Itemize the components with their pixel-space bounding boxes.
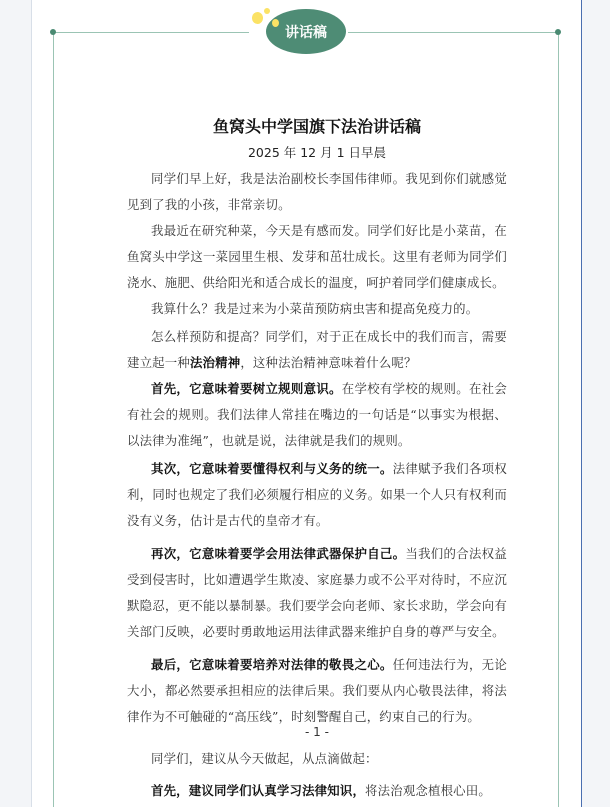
frame-corner-dot-left bbox=[50, 29, 56, 35]
decor-bubble-inner bbox=[272, 19, 279, 27]
frame-top-left-line bbox=[53, 32, 249, 33]
bold-phrase: 法治精神 bbox=[190, 355, 240, 370]
decor-bubble-small bbox=[264, 8, 270, 14]
bold-phrase: 其次，它意味着要懂得权利与义务的统一。 bbox=[151, 461, 393, 476]
paragraph: 首先，建议同学们认真学习法律知识，将法治观念植根心田。 bbox=[127, 778, 507, 804]
frame-top-right-line bbox=[348, 32, 559, 33]
paragraph: 怎么样预防和提高？同学们，对于正在成长中的我们而言，需要建立起一种法治精神，这种… bbox=[127, 324, 507, 376]
bold-phrase: 首先，它意味着要树立规则意识。 bbox=[151, 381, 342, 396]
paragraph: 其次，它意味着要懂得权利与义务的统一。法律赋予我们各项权利，同时也规定了我们必须… bbox=[127, 456, 507, 534]
document-title: 鱼窝头中学国旗下法治讲话稿 bbox=[127, 114, 507, 137]
badge-label: 讲话稿 bbox=[285, 22, 327, 42]
page-number: - 1 - bbox=[127, 725, 507, 739]
paragraph: 我最近在研究种菜，今天是有感而发。同学们好比是小菜苗，在鱼窝头中学这一菜园里生根… bbox=[127, 218, 507, 296]
frame-left-line bbox=[53, 32, 54, 807]
speech-badge: 讲话稿 bbox=[266, 9, 346, 54]
bold-phrase: 首先，建议同学们认真学习法律知识， bbox=[151, 783, 365, 798]
frame-corner-dot-right bbox=[555, 29, 561, 35]
paragraph: 首先，它意味着要树立规则意识。在学校有学校的规则。在社会有社会的规则。我们法律人… bbox=[127, 376, 507, 454]
bold-phrase: 最后，它意味着要培养对法律的敬畏之心。 bbox=[151, 657, 393, 672]
paragraph: 同学们早上好，我是法治副校长李国伟律师。我见到你们就感觉见到了我的小孩，非常亲切… bbox=[127, 166, 507, 218]
paragraph: 再次，它意味着要学会用法律武器保护自己。当我们的合法权益受到侵害时，比如遭遇学生… bbox=[127, 541, 507, 645]
decor-bubble-large bbox=[252, 12, 263, 24]
paragraph: 同学们，建议从今天做起，从点滴做起： bbox=[127, 746, 507, 772]
bold-phrase: 再次，它意味着要学会用法律武器保护自己。 bbox=[151, 546, 405, 561]
document-date: 2025 年 12 月 1 日早晨 bbox=[127, 143, 507, 161]
frame-right-line bbox=[558, 32, 559, 807]
paragraph: 我算什么？我是过来为小菜苗预防病虫害和提高免疫力的。 bbox=[127, 296, 507, 322]
paragraph: 最后，它意味着要培养对法律的敬畏之心。任何违法行为，无论大小，都必然要承担相应的… bbox=[127, 652, 507, 730]
